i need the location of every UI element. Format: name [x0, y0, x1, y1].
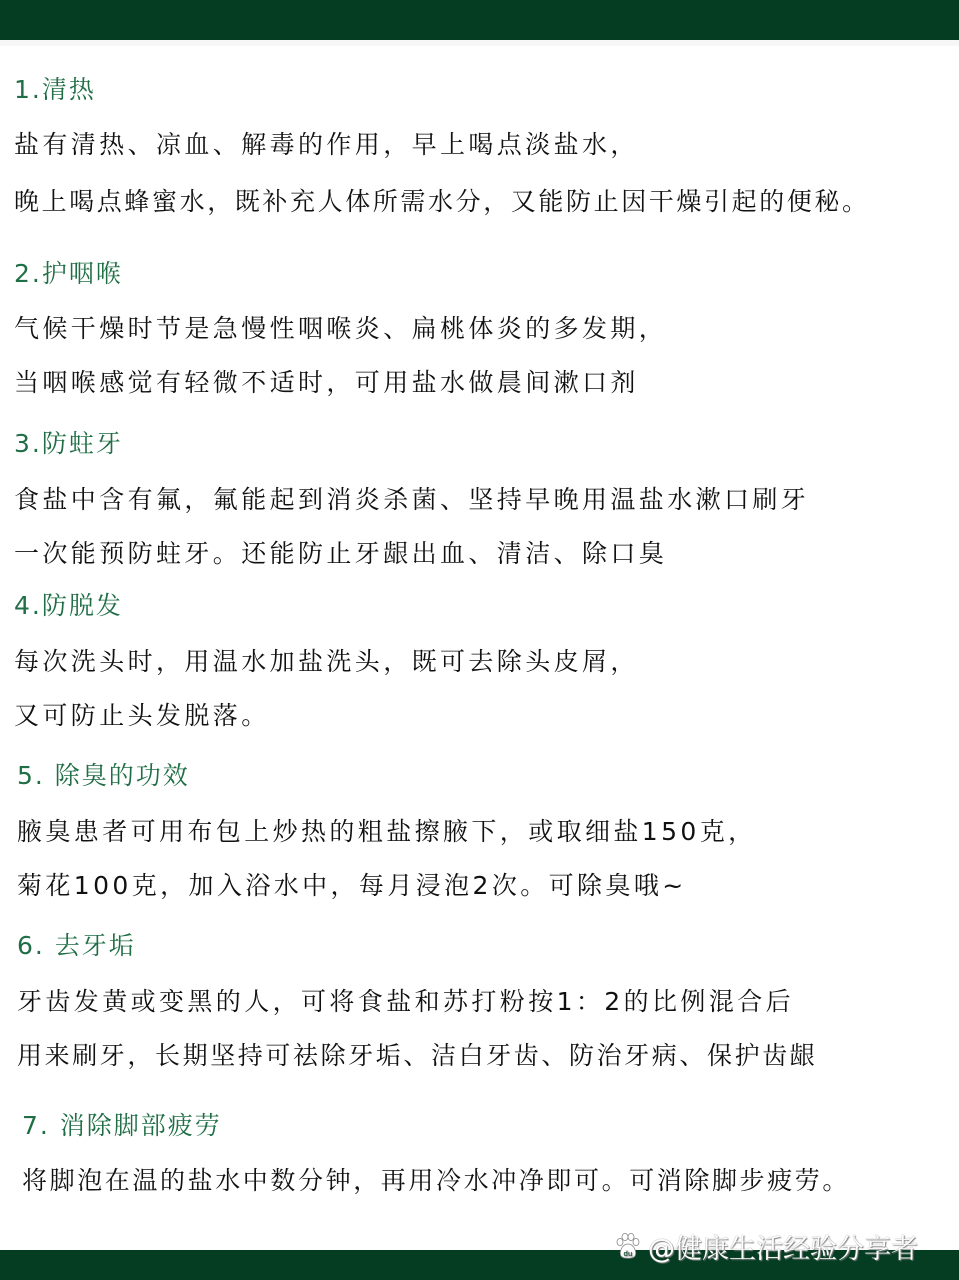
- watermark: du @健康生活经验分享者: [614, 1226, 918, 1266]
- section-6-line-2: 用来刷牙，长期坚持可祛除牙垢、洁白牙齿、防治牙病、保护齿龈: [17, 1040, 817, 1072]
- section-7-line-1: 将脚泡在温的盐水中数分钟，再用冷水冲净即可。可消除脚步疲劳。: [22, 1165, 850, 1197]
- section-3-line-2: 一次能预防蛀牙。还能防止牙龈出血、清洁、除口臭: [14, 538, 667, 570]
- section-title-2: 2.护咽喉: [14, 258, 123, 290]
- svg-text:du: du: [624, 1250, 633, 1258]
- section-title-3: 3.防蛀牙: [14, 428, 123, 460]
- section-3-line-1: 食盐中含有氟，氟能起到消炎杀菌、坚持早晚用温盐水漱口刷牙: [14, 484, 809, 516]
- section-1-line-2: 晚上喝点蜂蜜水，既补充人体所需水分，又能防止因干燥引起的便秘。: [14, 186, 870, 218]
- section-2-line-1: 气候干燥时节是急慢性咽喉炎、扁桃体炎的多发期，: [14, 313, 667, 345]
- section-title-1: 1.清热: [14, 74, 96, 106]
- baidu-paw-icon: du: [614, 1232, 642, 1260]
- section-title-5: 5. 除臭的功效: [17, 760, 190, 792]
- top-banner-divider: [0, 40, 959, 46]
- section-4-line-2: 又可防止头发脱落。: [14, 700, 270, 732]
- top-banner-bar: [0, 0, 959, 40]
- section-title-4: 4.防脱发: [14, 590, 123, 622]
- watermark-text: @健康生活经验分享者: [648, 1227, 918, 1266]
- section-title-6: 6. 去牙垢: [17, 930, 136, 962]
- section-4-line-1: 每次洗头时，用温水加盐洗头，既可去除头皮屑，: [14, 646, 639, 678]
- section-6-line-1: 牙齿发黄或变黑的人，可将食盐和苏打粉按1：2的比例混合后: [17, 986, 794, 1018]
- section-5-line-1: 腋臭患者可用布包上炒热的粗盐擦腋下，或取细盐150克，: [17, 816, 757, 848]
- section-2-line-2: 当咽喉感觉有轻微不适时，可用盐水做晨间漱口剂: [14, 367, 639, 399]
- section-1-line-1: 盐有清热、凉血、解毒的作用，早上喝点淡盐水，: [14, 129, 639, 161]
- section-5-line-2: 菊花100克，加入浴水中，每月浸泡2次。可除臭哦~: [17, 870, 687, 902]
- section-title-7: 7. 消除脚部疲劳: [22, 1110, 222, 1142]
